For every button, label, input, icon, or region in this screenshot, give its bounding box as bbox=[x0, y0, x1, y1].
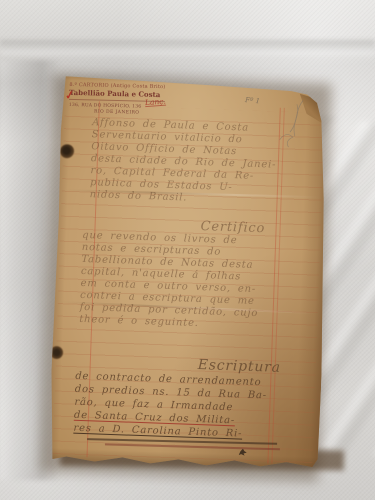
document-page: ✓ 8.º CARTORIO (Antigo Costa Brito) Tabe… bbox=[46, 70, 332, 473]
photo-scene: ✓ 8.º CARTORIO (Antigo Costa Brito) Tabe… bbox=[0, 0, 375, 500]
red-ink-annotation: Lanç. bbox=[145, 97, 166, 107]
pencil-folio-note: Fº 1 bbox=[245, 96, 261, 106]
manuscript-heading-escriptura: Escriptura bbox=[198, 358, 282, 376]
fabric-fold-top bbox=[0, 40, 375, 58]
manuscript-paragraph-1: Affonso de Paula e Costa Serventuario vi… bbox=[89, 117, 277, 207]
manuscript-paragraph-3: de contracto de arrendamento dos predios… bbox=[73, 370, 267, 442]
manuscript-paragraph-2: que revendo os livros de notas e escript… bbox=[79, 230, 261, 332]
